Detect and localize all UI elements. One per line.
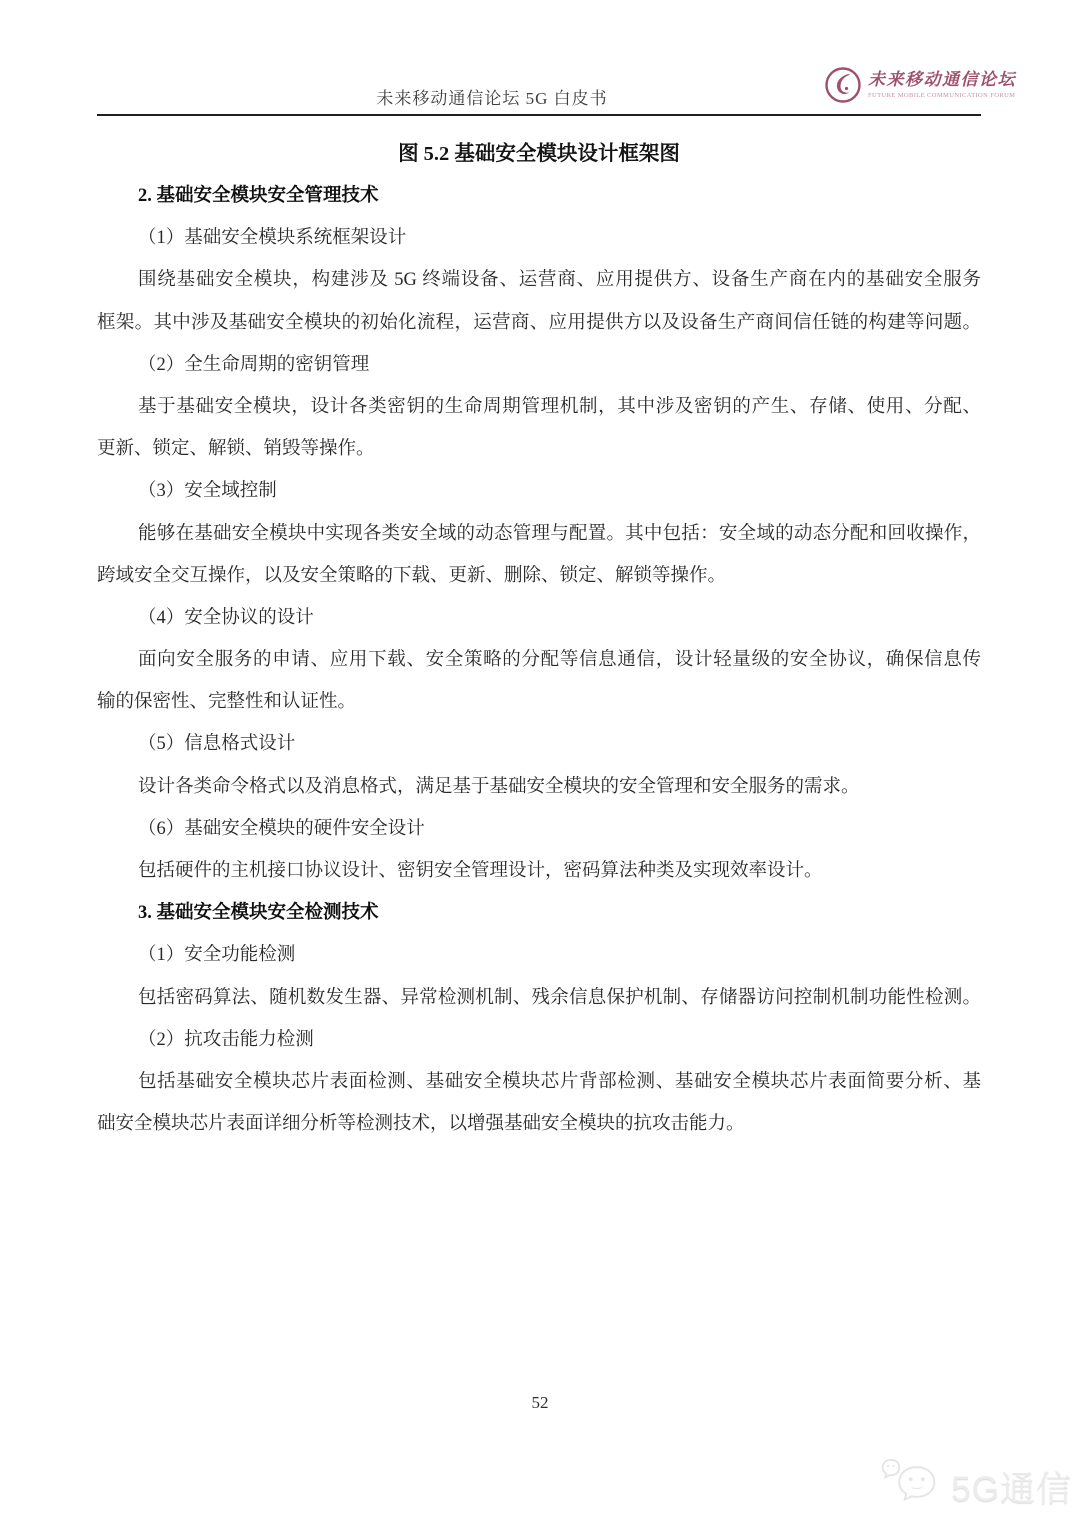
forum-logo-text: 未来移动通信论坛 FUTURE MOBILE COMMUNICATION FOR… (868, 66, 1016, 100)
paragraph-line: 包括硬件的主机接口协议设计、密钥安全管理设计，密码算法种类及实现效率设计。 (97, 850, 981, 892)
paragraph-line: 跨域安全交互操作，以及安全策略的下载、更新、删除、锁定、解锁等操作。 (97, 555, 981, 597)
paragraph-line: 输的保密性、完整性和认证性。 (97, 681, 981, 723)
list-item-heading: （3）安全域控制 (97, 470, 981, 512)
forum-swirl-circle-icon (824, 66, 862, 104)
paragraph-line: 能够在基础安全模块中实现各类安全域的动态管理与配置。其中包括：安全域的动态分配和… (97, 513, 981, 555)
page-number: 52 (0, 1393, 1080, 1413)
header-divider (97, 114, 981, 116)
paragraph-line: 包括基础安全模块芯片表面检测、基础安全模块芯片背部检测、基础安全模块芯片表面简要… (97, 1061, 981, 1103)
header-title: 未来移动通信论坛 5G 白皮书 (97, 84, 887, 109)
paragraph-line: 包括密码算法、随机数发生器、异常检测机制、残余信息保护机制、存储器访问控制机制功… (97, 977, 981, 1019)
section-heading: 3. 基础安全模块安全检测技术 (97, 892, 981, 934)
watermark: 5G通信 (881, 1458, 1072, 1515)
list-item-heading: （5）信息格式设计 (97, 723, 981, 765)
list-item-heading: （4）安全协议的设计 (97, 597, 981, 639)
paragraph-line: 更新、锁定、解锁、销毁等操作。 (97, 428, 981, 470)
list-item-heading: （2）抗攻击能力检测 (97, 1019, 981, 1061)
watermark-label: 5G通信 (951, 1462, 1072, 1512)
paragraph-line: 基于基础安全模块，设计各类密钥的生命周期管理机制，其中涉及密钥的产生、存储、使用… (97, 386, 981, 428)
document-page: 未来移动通信论坛 5G 白皮书 未来移动通信论坛 FUTURE MOBILE C… (0, 0, 1080, 1527)
paragraph-line: 础安全模块芯片表面详细分析等检测技术，以增强基础安全模块的抗攻击能力。 (97, 1103, 981, 1145)
forum-logo: 未来移动通信论坛 FUTURE MOBILE COMMUNICATION FOR… (824, 66, 1016, 104)
body-text: 2. 基础安全模块安全管理技术（1）基础安全模块系统框架设计围绕基础安全模块，构… (97, 175, 981, 1145)
list-item-heading: （6）基础安全模块的硬件安全设计 (97, 808, 981, 850)
list-item-heading: （1）基础安全模块系统框架设计 (97, 217, 981, 259)
list-item-heading: （1）安全功能检测 (97, 934, 981, 976)
forum-name-en: FUTURE MOBILE COMMUNICATION FORUM (868, 91, 1016, 100)
wechat-bubbles-icon (881, 1458, 947, 1515)
list-item-heading: （2）全生命周期的密钥管理 (97, 344, 981, 386)
forum-name-cn: 未来移动通信论坛 (868, 69, 1016, 91)
paragraph-line: 围绕基础安全模块，构建涉及 5G 终端设备、运营商、应用提供方、设备生产商在内的… (97, 259, 981, 301)
paragraph-line: 框架。其中涉及基础安全模块的初始化流程，运营商、应用提供方以及设备生产商间信任链… (97, 302, 981, 344)
section-heading: 2. 基础安全模块安全管理技术 (97, 175, 981, 217)
paragraph-line: 面向安全服务的申请、应用下载、安全策略的分配等信息通信，设计轻量级的安全协议，确… (97, 639, 981, 681)
paragraph-line: 设计各类命令格式以及消息格式，满足基于基础安全模块的安全管理和安全服务的需求。 (97, 766, 981, 808)
figure-caption: 图 5.2 基础安全模块设计框架图 (97, 138, 981, 170)
